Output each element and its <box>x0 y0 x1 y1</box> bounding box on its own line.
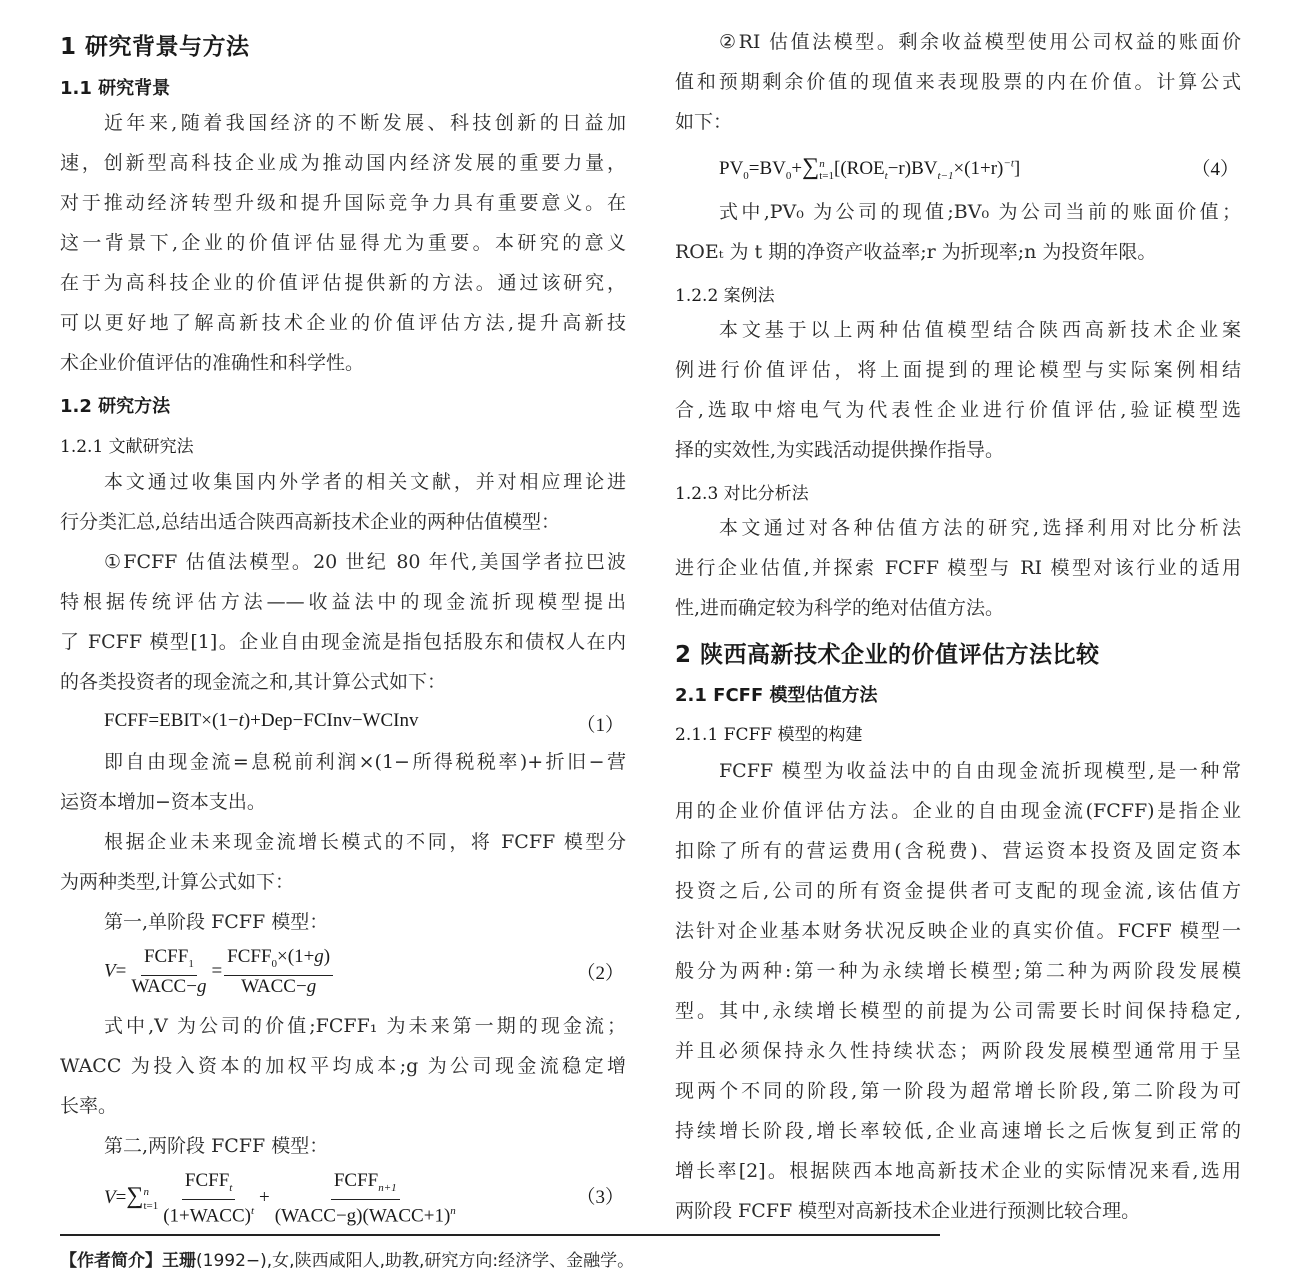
text-line: 本文通过对各种估值方法的研究,选择利用对比分析法 <box>675 508 1241 548</box>
text-line: 术企业价值评估的准确性和科学性。 <box>60 343 626 383</box>
fraction: FCFFn+1(WACC−g)(WACC+1)n <box>272 1170 459 1227</box>
eq-text: (1+WACC) <box>163 1205 251 1226</box>
text-line: 现两个不同的阶段,第一阶段为超常增长阶段,第二阶段为可 <box>675 1071 1241 1111</box>
section-1-title: 1 研究背景与方法 <box>60 28 250 61</box>
text-line: 本文通过收集国内外学者的相关文献，并对相应理论进 <box>60 462 626 502</box>
eq-text: ×(1+r) <box>953 158 1003 179</box>
text-line: 即自由现金流=息税前利润×(1−所得税税率)+折旧−营 <box>60 742 626 782</box>
eq-text: −r)BV <box>888 158 938 179</box>
text-line: 般分为两种:第一种为永续增长模型;第二种为两阶段发展模 <box>675 951 1241 991</box>
fraction: FCFFt(1+WACC)t <box>160 1170 257 1227</box>
equation-number: （1） <box>576 710 624 737</box>
text-line: 用的企业价值评估方法。企业的自由现金流(FCFF)是指企业 <box>675 791 1241 831</box>
text-line: 如下： <box>675 102 1241 142</box>
equation-4: PV0=BV0+∑nt=1[(ROEt−r)BVt−1×(1+r)−t] （4） <box>675 154 1241 182</box>
text-line: 进行企业估值,并探索 FCFF 模型与 RI 模型对该行业的适用 <box>675 548 1241 588</box>
section-1-2-2-title: 1.2.2 案例法 <box>675 281 775 306</box>
text-line: 本文基于以上两种估值模型结合陕西高新技术企业案 <box>675 310 1241 350</box>
sigma-symbol: ∑ <box>126 1183 143 1209</box>
eq-sup: t <box>251 1205 254 1217</box>
text-line: 行分类汇总,总结出适合陕西高新技术企业的两种估值模型： <box>60 502 626 542</box>
equation-3: V=∑nt=1FCFFt(1+WACC)t+FCFFn+1(WACC−g)(WA… <box>60 1170 626 1220</box>
eq-sub: t=1 <box>819 170 834 182</box>
eq-text: = <box>116 960 127 981</box>
eq-var: V <box>104 1187 116 1208</box>
text-line: 持续增长阶段,增长率较低,企业高速增长之后恢复到正常的 <box>675 1111 1241 1151</box>
author-tag: 【作者简介】 <box>60 1251 162 1271</box>
paragraph-eq1-explain: 即自由现金流=息税前利润×(1−所得税税率)+折旧−营 运资本增加−资本支出。 … <box>60 742 626 942</box>
text-line: 值和预期剩余价值的现值来表现股票的内在价值。计算公式 <box>675 62 1241 102</box>
eq-text: (WACC−g)(WACC+1) <box>275 1205 451 1226</box>
eq-sub: n+1 <box>378 1182 396 1194</box>
text-line: 两阶段 FCFF 模型对高新技术企业进行预测比较合理。 <box>675 1191 1241 1231</box>
text-line: 并且必须保持永久性持续状态；两阶段发展模型通常用于呈 <box>675 1031 1241 1071</box>
text-line: ②RI 估值法模型。剩余收益模型使用公司权益的账面价 <box>675 22 1241 62</box>
paragraph-ri-intro: ②RI 估值法模型。剩余收益模型使用公司权益的账面价 值和预期剩余价值的现值来表… <box>675 22 1241 142</box>
eq-text: + <box>791 158 802 179</box>
paragraph-case-method: 本文基于以上两种估值模型结合陕西高新技术企业案 例进行价值评估，将上面提到的理论… <box>675 310 1241 470</box>
text-line: 了 FCFF 模型[1]。企业自由现金流是指包括股东和债权人在内 <box>60 622 626 662</box>
eq-text: [(ROE <box>834 158 885 179</box>
eq-text: = <box>211 960 222 981</box>
eq-sup: n <box>450 1205 456 1217</box>
footnote-divider <box>60 1234 940 1236</box>
text-line: 合,选取中熔电气为代表性企业进行价值评估,验证模型选 <box>675 390 1241 430</box>
text-line: 第二,两阶段 FCFF 模型： <box>60 1126 626 1166</box>
eq-sub: t−1 <box>937 170 953 182</box>
eq-text: WACC− <box>131 976 197 997</box>
eq-text: FCFF=EBIT×(1− <box>104 710 239 731</box>
eq-text: =BV <box>749 158 786 179</box>
text-line: 式中,V 为公司的价值;FCFF₁ 为未来第一期的现金流； <box>60 1006 626 1046</box>
eq-sup: n <box>819 158 834 170</box>
eq-text: = <box>116 1187 127 1208</box>
text-line: 特根据传统评估方法——收益法中的现金流折现模型提出 <box>60 582 626 622</box>
eq-text: ×(1+ <box>277 946 314 967</box>
section-2-title: 2 陕西高新技术企业的价值评估方法比较 <box>675 636 1100 669</box>
text-line: 性,进而确定较为科学的绝对估值方法。 <box>675 588 1241 628</box>
author-footnote: 【作者简介】王珊(1992−),女,陕西咸阳人,助教,研究方向:经济学、金融学。 <box>60 1246 634 1271</box>
text-line: 可以更好地了解高新技术企业的价值评估方法,提升高新技 <box>60 303 626 343</box>
eq-var: g <box>314 946 324 967</box>
text-line: 的各类投资者的现金流之和,其计算公式如下： <box>60 662 626 702</box>
equation-2: V=FCFF1WACC−g=FCFF0×(1+g)WACC−g （2） <box>60 946 626 996</box>
eq-var: g <box>197 976 207 997</box>
text-line: ROEₜ 为 t 期的净资产收益率;r 为折现率;n 为投资年限。 <box>675 232 1241 272</box>
sigma-symbol: ∑ <box>802 154 819 180</box>
fraction: FCFF0×(1+g)WACC−g <box>224 946 333 998</box>
text-line: 投资之后,公司的所有资金提供者可支配的现金流,该估值方 <box>675 871 1241 911</box>
paragraph-comparative: 本文通过对各种估值方法的研究,选择利用对比分析法 进行企业估值,并探索 FCFF… <box>675 508 1241 628</box>
text-line: 例进行价值评估，将上面提到的理论模型与实际案例相结 <box>675 350 1241 390</box>
text-line: 型。其中,永续增长模型的前提为公司需要长时间保持稳定, <box>675 991 1241 1031</box>
section-1-2-title: 1.2 研究方法 <box>60 392 170 418</box>
equation-number: （3） <box>576 1182 624 1209</box>
text-line: 在于为高科技企业的价值评估提供新的方法。通过该研究， <box>60 263 626 303</box>
eq-text: FCFF <box>334 1170 378 1191</box>
text-line: 长率。 <box>60 1086 626 1126</box>
section-1-1-title: 1.1 研究背景 <box>60 74 170 100</box>
section-2-1-1-title: 2.1.1 FCFF 模型的构建 <box>675 720 862 745</box>
text-line: 第一,单阶段 FCFF 模型： <box>60 902 626 942</box>
text-line: WACC 为投入资本的加权平均成本;g 为公司现金流稳定增 <box>60 1046 626 1086</box>
text-line: FCFF 模型为收益法中的自由现金流折现模型,是一种常 <box>675 751 1241 791</box>
eq-sub: 1 <box>188 958 194 970</box>
section-1-2-3-title: 1.2.3 对比分析法 <box>675 479 809 504</box>
text-line: 速，创新型高科技企业成为推动国内经济发展的重要力量， <box>60 143 626 183</box>
text-line: 运资本增加−资本支出。 <box>60 782 626 822</box>
eq-var: V <box>104 960 116 981</box>
equation-1: FCFF=EBIT×(1−t)+Dep−FCInv−WCInv （1） <box>60 710 626 732</box>
eq-text: FCFF <box>144 946 188 967</box>
equation-number: （4） <box>1191 154 1239 181</box>
equation-number: （2） <box>576 958 624 985</box>
text-line: 增长率[2]。根据陕西本地高新技术企业的实际情况来看,选用 <box>675 1151 1241 1191</box>
eq-text: FCFF <box>227 946 271 967</box>
text-line: 法针对企业基本财务状况反映企业的真实价值。FCFF 模型一 <box>675 911 1241 951</box>
eq-sup: n <box>143 1185 158 1199</box>
eq-sub: t <box>229 1182 232 1194</box>
author-details: (1992−),女,陕西咸阳人,助教,研究方向:经济学、金融学。 <box>196 1251 634 1271</box>
fraction: FCFF1WACC−g <box>128 946 209 998</box>
text-line: 近年来,随着我国经济的不断发展、科技创新的日益加 <box>60 103 626 143</box>
eq-text: + <box>259 1187 270 1208</box>
eq-text: PV <box>719 158 743 179</box>
eq-text: ) <box>324 946 330 967</box>
text-line: 对于推动经济转型升级和提升国际竞争力具有重要意义。在 <box>60 183 626 223</box>
text-line: 扣除了所有的营运费用(含税费)、营运资本投资及固定资本 <box>675 831 1241 871</box>
eq-sub: t=1 <box>143 1199 158 1213</box>
eq-text: WACC− <box>241 976 307 997</box>
text-line: 根据企业未来现金流增长模式的不同，将 FCFF 模型分 <box>60 822 626 862</box>
paragraph-background: 近年来,随着我国经济的不断发展、科技创新的日益加 速，创新型高科技企业成为推动国… <box>60 103 626 383</box>
text-line: 择的实效性,为实践活动提供操作指导。 <box>675 430 1241 470</box>
paragraph-eq4-explain: 式中,PV₀ 为公司的现值;BV₀ 为公司当前的账面价值； ROEₜ 为 t 期… <box>675 192 1241 272</box>
eq-sup: −t <box>1003 158 1013 170</box>
eq-text: FCFF <box>185 1170 229 1191</box>
eq-var: g <box>307 976 317 997</box>
section-1-2-1-title: 1.2.1 文献研究法 <box>60 432 194 457</box>
section-2-1-title: 2.1 FCFF 模型估值方法 <box>675 681 878 707</box>
eq-text: )+Dep−FCInv−WCInv <box>244 710 419 731</box>
text-line: 为两种类型,计算公式如下： <box>60 862 626 902</box>
paragraph-fcff-construction: FCFF 模型为收益法中的自由现金流折现模型,是一种常 用的企业价值评估方法。企… <box>675 751 1241 1231</box>
text-line: 式中,PV₀ 为公司的现值;BV₀ 为公司当前的账面价值； <box>675 192 1241 232</box>
paragraph-eq2-explain: 式中,V 为公司的价值;FCFF₁ 为未来第一期的现金流； WACC 为投入资本… <box>60 1006 626 1166</box>
paragraph-literature: 本文通过收集国内外学者的相关文献，并对相应理论进 行分类汇总,总结出适合陕西高新… <box>60 462 626 702</box>
eq-text: ] <box>1014 158 1020 179</box>
text-line: 这一背景下,企业的价值评估显得尤为重要。本研究的意义 <box>60 223 626 263</box>
text-line: ①FCFF 估值法模型。20 世纪 80 年代,美国学者拉巴波 <box>60 542 626 582</box>
author-name: 王珊 <box>162 1251 196 1271</box>
